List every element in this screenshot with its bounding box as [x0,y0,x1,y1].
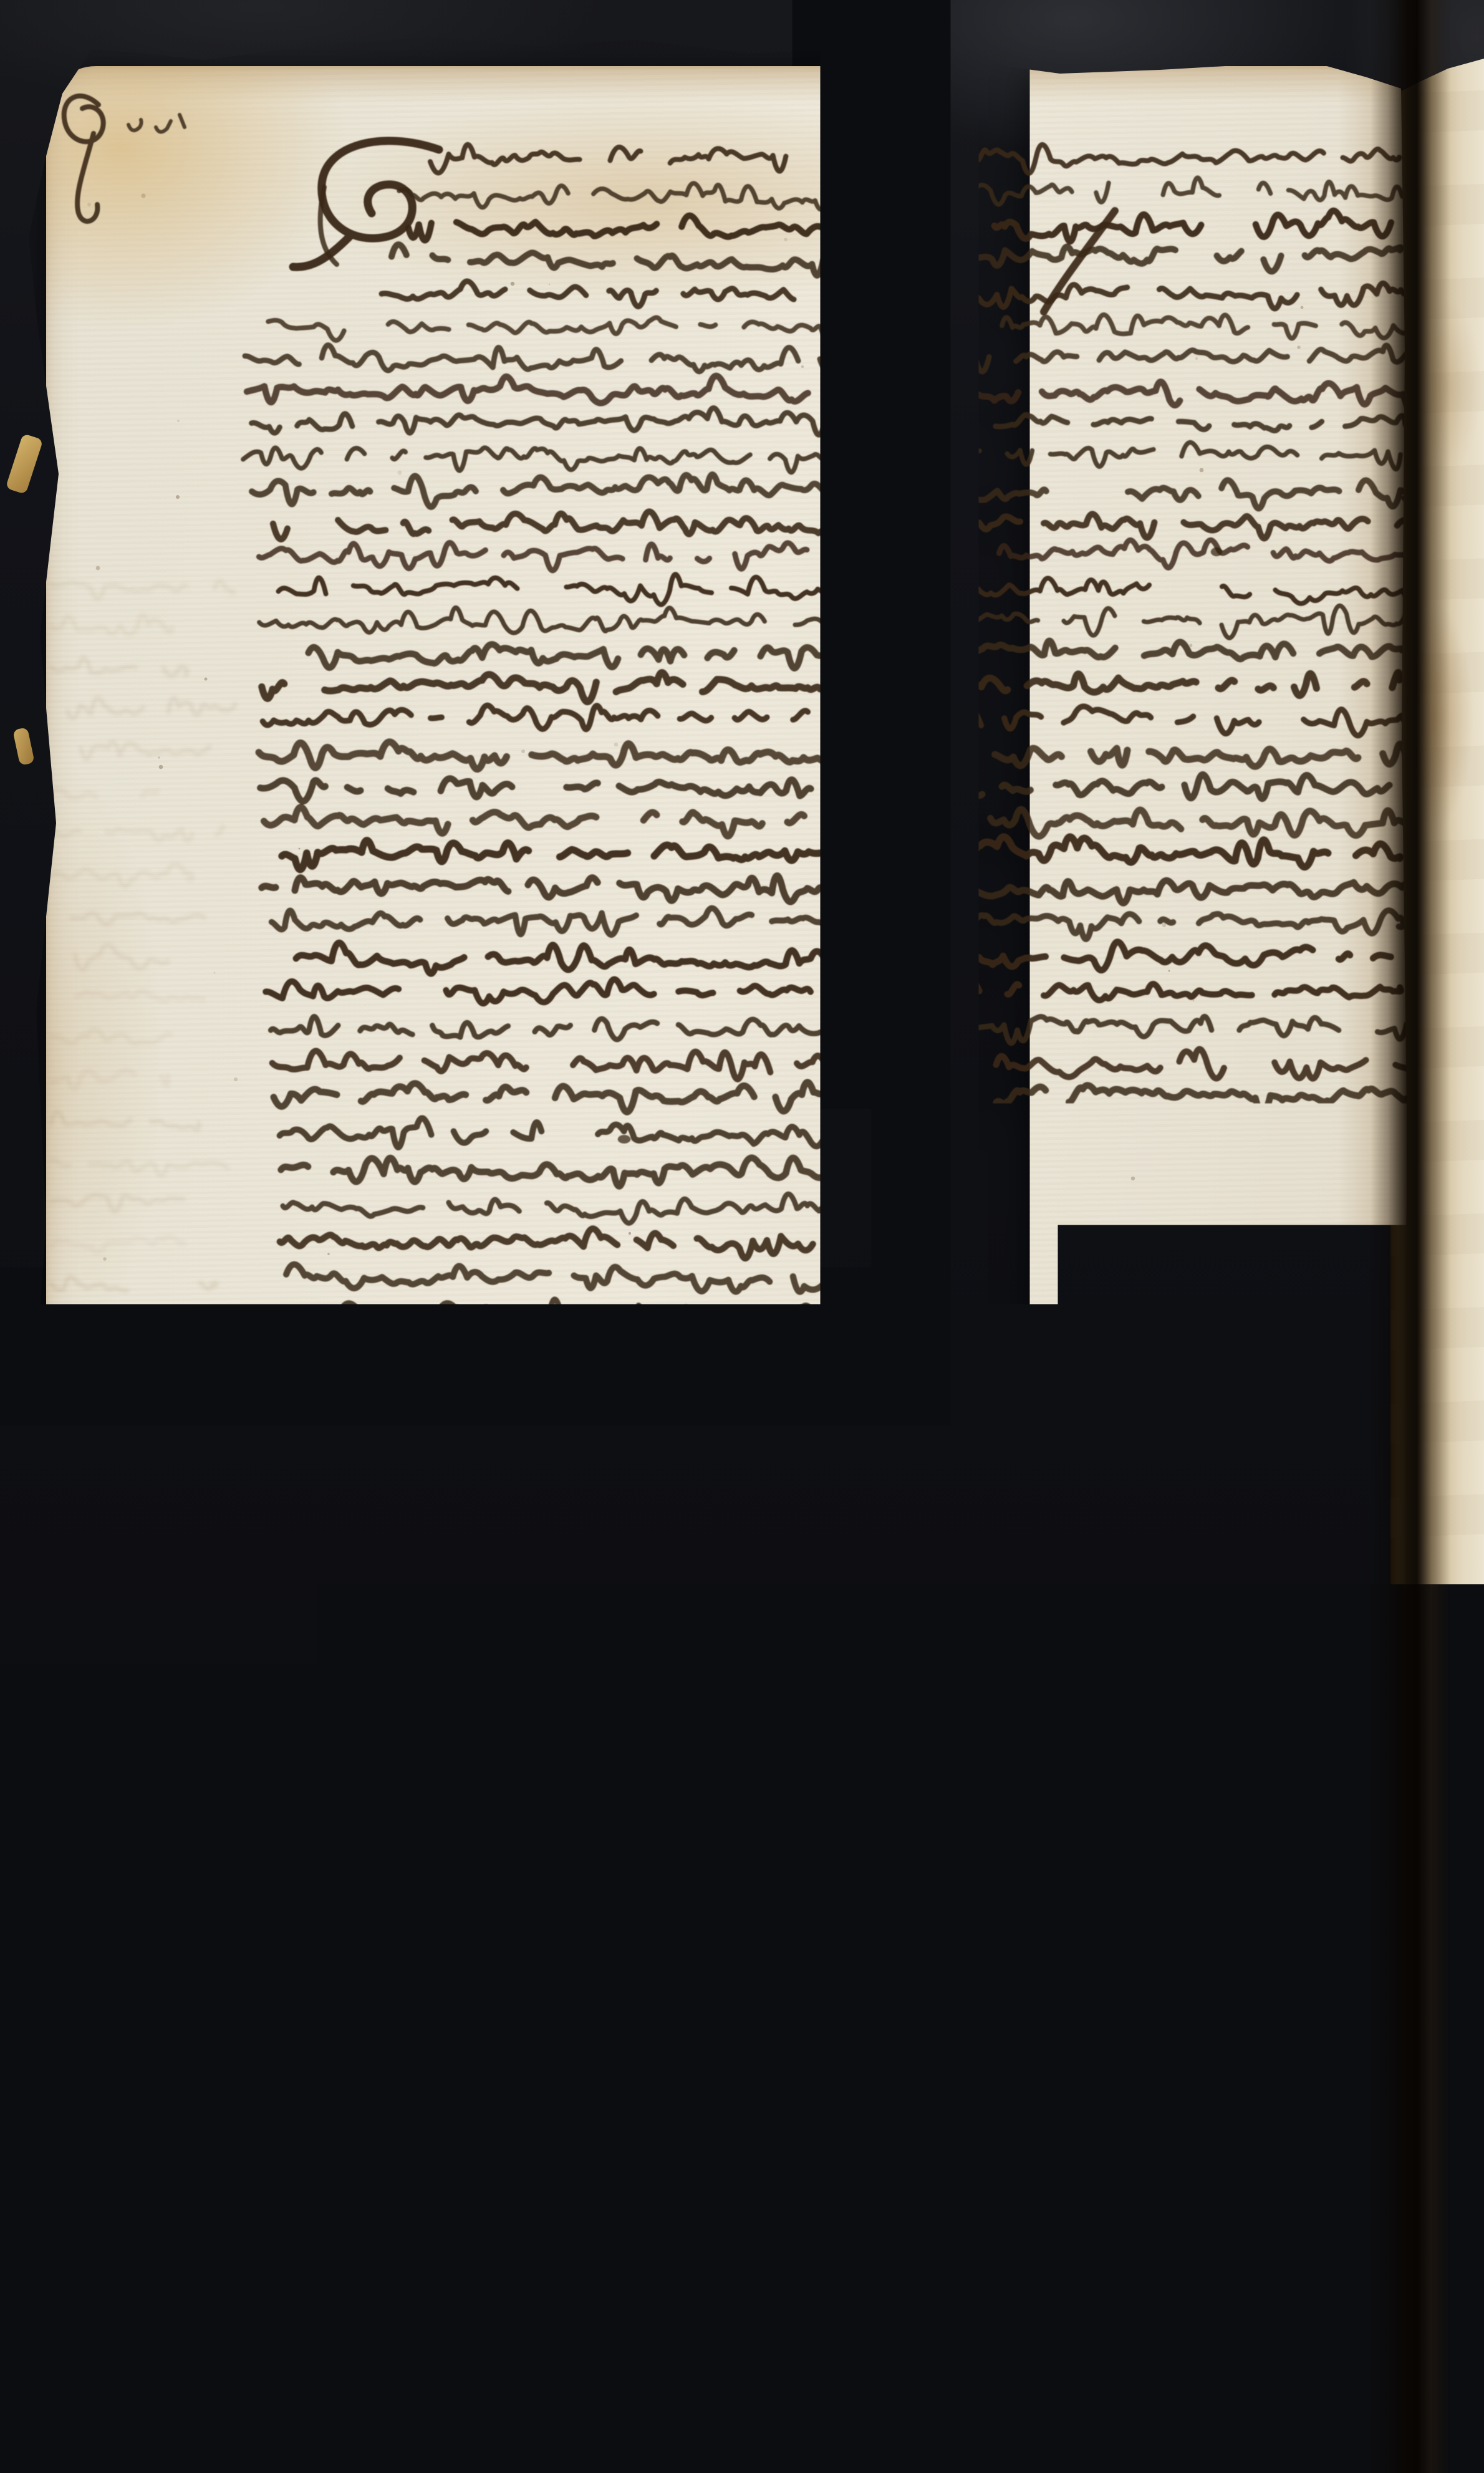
offset-blot [356,1944,380,1964]
paper-speck [884,1745,887,1749]
paper-speck [1301,306,1304,309]
paper-speck [327,1253,330,1255]
paper-speck [1071,1999,1073,2002]
manuscript-line [252,475,1409,509]
left-signature-descender [1005,1728,1018,1873]
paper-crumb [12,727,35,766]
paper-speck [514,2247,517,2249]
paper-speck [973,892,976,894]
ink-blot [891,418,906,430]
paper-speck [874,417,878,421]
manuscript-line [310,1511,1402,1540]
manuscript-line [315,1659,594,1680]
manuscript-line [259,540,1403,571]
paper-speck [87,203,91,206]
manuscript-line [283,1194,1402,1223]
manuscript-line [280,1118,1407,1151]
showthrough-line [51,1403,241,1415]
paper-speck [1014,1008,1016,1010]
manuscript-line [262,875,1410,903]
showthrough-line [51,658,187,676]
signature-rubrics [536,1629,1479,2467]
ink-specks [87,193,1369,2393]
paper-speck [1230,1849,1233,1852]
manuscript-line [309,641,1402,668]
paper-speck [784,238,788,241]
manuscript-line [271,1016,1408,1043]
manuscript-line [288,1473,1369,1503]
paper-speck [671,1815,674,1818]
left-signature-line1 [833,1660,1033,1710]
paper-speck [340,1841,342,1843]
showthrough-line [51,1325,206,1338]
showthrough-line [51,1530,191,1542]
manuscript-line [247,376,1408,408]
manuscript-line [286,1265,1400,1292]
manuscript-line [243,443,1400,473]
paper-speck [511,282,514,286]
paper-speck [408,1717,412,1720]
paper-speck [1029,1882,1033,1886]
showthrough-line [51,1195,220,1211]
showthrough-line [51,1606,225,1619]
paper-speck [931,1750,935,1755]
paper-speck [521,750,525,753]
manuscript-line [266,980,1401,1004]
paper-speck [205,678,208,681]
showthrough-line [51,1236,184,1251]
photo-background: Early-modern handwritten notarial docume… [0,0,1484,2473]
paper-speck [176,495,180,499]
showthrough-line [51,1277,217,1291]
manuscript-line [430,145,1399,173]
paper-speck [875,877,879,880]
paper-speck [853,710,857,713]
paper-speck [1011,1654,1014,1657]
showthrough-line [51,864,193,887]
paper-speck [896,513,898,515]
ink-blot [618,1135,631,1144]
showthrough-line [157,1943,530,1961]
paper-speck [596,2012,600,2017]
paper-speck [103,1257,107,1261]
paper-speck [1103,2061,1107,2065]
paper-speck [875,761,879,764]
paper-speck [1200,468,1204,473]
manuscript-line [291,1623,1141,1650]
manuscript-line [281,1333,1407,1363]
paper-speck [801,365,804,368]
paper-speck [159,765,163,769]
showthrough-line [198,1709,496,1728]
showthrough-line [76,991,204,1000]
paper-speck [214,972,216,974]
paper-speck [677,1760,680,1764]
showthrough-line [51,789,178,798]
paper-speck [115,2307,119,2312]
rubric-diagonal-1 [1011,1646,1188,1993]
manuscript-line [274,1082,1407,1113]
offset-blot [397,1955,409,1974]
showthrough-line [75,945,168,970]
rubric-return-stroke [1060,2008,1309,2467]
opening-initial [293,141,439,267]
showthrough-line [204,1907,466,1924]
paper-speck [161,1820,165,1825]
showthrough-line [261,1980,780,2002]
showthrough-line [176,1867,569,1887]
paper-speck [299,848,301,850]
paper-speck [96,566,100,571]
manuscript-line [273,511,1409,539]
paper-speck [1161,1917,1165,1921]
paper-speck [1326,1719,1330,1723]
paper-speck [234,2004,238,2008]
paper-speck [253,2144,257,2148]
paper-speck [985,1135,989,1140]
manuscript-line [291,1546,1377,1578]
paper-speck [231,1689,234,1692]
paper-speck [158,756,160,758]
handwriting-layer: 2 8 3 [0,0,1484,2473]
paper-speck [1190,644,1193,647]
manuscript-line [251,408,1405,435]
showthrough-line [51,1029,171,1043]
paper-speck [1131,1177,1135,1180]
showthrough-line [210,1750,407,1770]
showthrough-line [81,742,210,759]
paper-speck [800,1862,802,1864]
showthrough-line [68,698,236,718]
showthrough-line [72,914,205,924]
paper-speck [1187,2125,1190,2128]
manuscript-line [278,574,1409,605]
paper-speck [571,1866,575,1870]
left-signature-underline-loop [536,1816,1060,2104]
showthrough-line [170,1828,590,1844]
manuscript-line [264,805,1415,837]
ink-blot [1254,1271,1270,1282]
paper-speck [398,1813,400,1815]
showthrough-line [51,1487,217,1496]
manuscript-line [296,942,1409,974]
manuscript-text-block [243,145,1415,1680]
paper-speck [614,743,619,747]
showthrough-line [51,581,234,599]
manuscript-line [280,1229,1401,1258]
showthrough-line [51,827,224,841]
manuscript-line [272,1049,1407,1079]
paper-speck [783,1369,787,1372]
paper-speck [1021,1175,1023,1177]
showthrough-line [198,1790,456,1811]
ink-blot [599,1308,616,1316]
manuscript-line [284,1299,1410,1329]
manuscript-line [382,281,1409,309]
manuscript-line [259,742,1411,769]
paper-speck [1036,1581,1039,1583]
ink-blob [1264,2024,1280,2049]
showthrough-line [51,615,172,634]
paper-speck [234,1077,238,1081]
faint-digit: 3 [1298,2021,1319,2058]
paper-speck [177,420,179,422]
showthrough-line [51,1564,185,1586]
paper-speck [577,2187,579,2189]
manuscript-line [289,1405,1409,1434]
ink-blob [1271,1947,1288,1971]
showthrough-line [51,1438,184,1452]
showthrough-line [51,1071,168,1089]
paper-speck [1193,1000,1195,1002]
paper-speck [861,473,863,475]
paper-speck [1168,970,1170,972]
manuscript-line [260,774,1405,804]
ink-blot [1211,547,1222,556]
manuscript-line [245,345,1406,372]
paper-speck [549,284,550,285]
manuscript-line [259,605,1405,638]
left-signature-J-stroke [751,1694,797,1864]
paper-speck [141,193,145,198]
manuscript-line [268,314,1407,341]
paper-speck [806,1669,808,1672]
manuscript-line [399,178,1402,210]
paper-speck [456,2369,459,2372]
paper-speck [1162,923,1166,927]
rubric-grand-descender [990,1952,1334,2464]
paper-speck [933,2209,937,2213]
manuscript-line [282,837,1400,870]
manuscript-line [287,1369,1403,1397]
manuscript-line [392,244,1401,276]
corner-rubric-flourish [64,96,104,221]
paper-speck [983,2015,985,2017]
pen-trial-mark [128,115,185,132]
manuscript-line [263,705,1404,736]
manuscript-line [311,1441,1405,1469]
paper-speck [1231,1388,1234,1391]
paper-speck [879,1821,881,1823]
ink-blot [1235,1165,1253,1173]
manuscript-page: 2 8 3 [0,0,1484,2473]
paper-speck [963,1251,966,1254]
offset-blot [426,1964,446,1987]
showthrough-line [51,1159,238,1175]
heavy-underline-bar [375,1646,540,1654]
showthrough-line [51,1112,199,1130]
manuscript-line [408,211,1403,243]
offset-blot [450,1985,458,1993]
paper-speck [1288,2391,1289,2393]
manuscript-line [262,672,1400,701]
paper-speck [485,1307,489,1311]
showthrough-line [51,1361,177,1369]
paper-speck [1297,345,1301,349]
manuscript-line [272,908,1404,939]
paper-speck [271,1647,272,1649]
paper-speck [831,2209,834,2211]
paper-speck [1195,357,1198,360]
paper-speck [1367,1796,1370,1799]
paper-speck [629,1232,631,1235]
faint-digit: 8 [1283,1980,1306,2018]
paper-crumb [6,433,44,494]
paper-speck [398,471,402,475]
manuscript-line [316,1581,1350,1610]
paper-speck [1074,2139,1077,2142]
rubric-diagonal-2 [1023,1629,1220,2020]
faint-jottings: 2 8 3 [356,1944,1319,2058]
